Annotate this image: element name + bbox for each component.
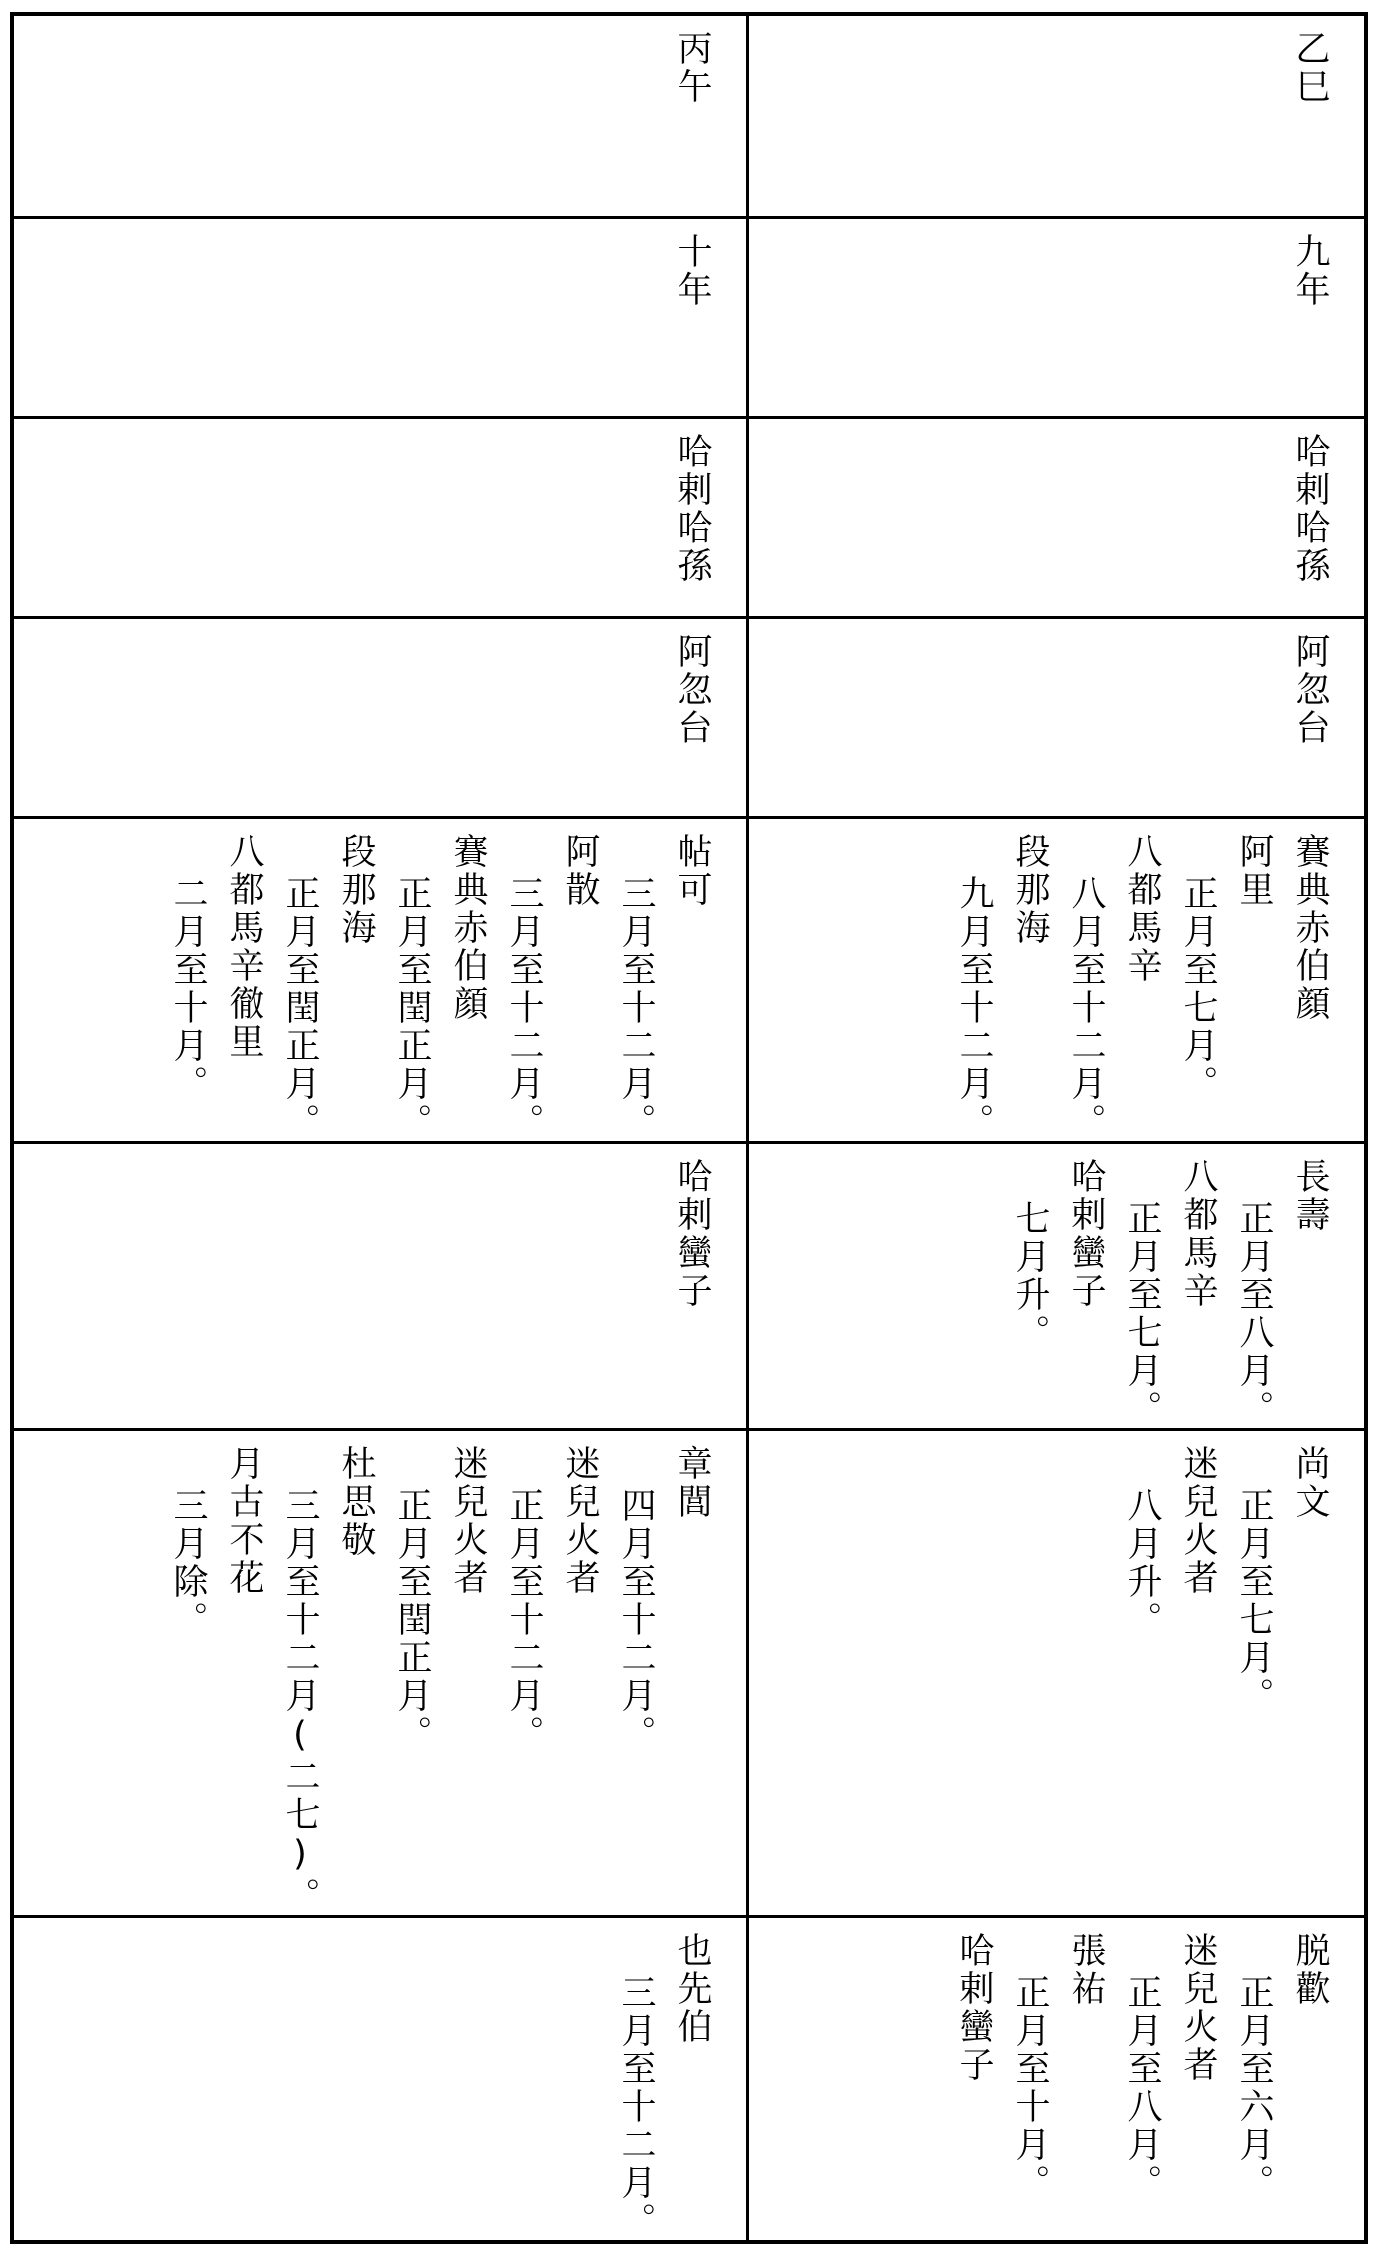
table-cell-left-row-2: 十年 (14, 216, 749, 416)
entry-term: 正月至七月。 (1226, 1445, 1282, 1715)
table-cell-right-row-6: 長壽正月至八月。八都馬辛正月至七月。哈剌蠻子七月升。 (749, 1141, 1364, 1428)
table-cell-right-row-5: 賽典赤伯顔阿里正月至七月。八都馬辛八月至十二月。段那海九月至十二月。 (749, 816, 1364, 1141)
entry-term: 二月至十月。 (160, 833, 216, 1103)
entry-term: 三月至十二月。 (496, 833, 552, 1141)
cell-heading: 阿忽台 (1282, 633, 1338, 747)
entry-name: 迷兒火者 (440, 1445, 496, 1597)
cell-heading: 脱歡 (1282, 1932, 1338, 2008)
table-cell-left-row-8: 也先伯三月至十二月。 (14, 1915, 749, 2240)
entry-name: 賽典赤伯顔 (440, 833, 496, 1023)
entry-term: 九月至十二月。 (946, 833, 1002, 1141)
records-table: 丙午乙巳十年九年哈剌哈孫哈剌哈孫阿忽台阿忽台帖可三月至十二月。阿散三月至十二月。… (10, 12, 1368, 2244)
entry-name: 張祐 (1058, 1932, 1114, 2008)
entry-name: 哈剌蠻子 (1058, 1158, 1114, 1310)
cell-heading: 丙午 (664, 30, 720, 106)
entry-name: 八都馬辛 (1114, 833, 1170, 985)
cell-heading: 阿忽台 (664, 633, 720, 747)
entry-name: 阿里 (1226, 833, 1282, 909)
entry-name: 迷兒火者 (1170, 1932, 1226, 2084)
entry-term: 正月至八月。 (1114, 1932, 1170, 2202)
cell-heading: 哈剌蠻子 (664, 1158, 720, 1310)
table-cell-right-row-7: 尚文正月至七月。迷兒火者八月升。 (749, 1428, 1364, 1915)
cell-heading: 尚文 (1282, 1445, 1338, 1521)
table-cell-left-row-6: 哈剌蠻子 (14, 1141, 749, 1428)
entry-term: 正月至六月。 (1226, 1932, 1282, 2202)
entry-term: 三月至十二月。 (608, 833, 664, 1141)
entry-term: 三月至十二月。 (608, 1932, 664, 2240)
cell-heading: 長壽 (1282, 1158, 1338, 1234)
cell-heading: 哈剌哈孫 (1282, 433, 1338, 585)
entry-name: 段那海 (328, 833, 384, 947)
table-cell-right-row-1: 乙巳 (749, 16, 1364, 216)
entry-name: 八都馬辛 (1170, 1158, 1226, 1310)
cell-heading: 也先伯 (664, 1932, 720, 2046)
cell-heading: 哈剌哈孫 (664, 433, 720, 585)
entry-name: 阿散 (552, 833, 608, 909)
entry-term: 正月至七月。 (1170, 833, 1226, 1103)
table-cell-left-row-3: 哈剌哈孫 (14, 416, 749, 616)
table-cell-left-row-4: 阿忽台 (14, 616, 749, 816)
entry-term: 八月至十二月。 (1058, 833, 1114, 1141)
cell-heading: 乙巳 (1282, 30, 1338, 106)
entry-name: 杜思敬 (328, 1445, 384, 1559)
table-cell-right-row-3: 哈剌哈孫 (749, 416, 1364, 616)
entry-term: 正月至閏正月。 (384, 1445, 440, 1753)
entry-term: 正月至閏正月。 (384, 833, 440, 1141)
table-cell-right-row-2: 九年 (749, 216, 1364, 416)
entry-term: 正月至八月。 (1226, 1158, 1282, 1428)
entry-name: 八都馬辛徹里 (216, 833, 272, 1061)
entry-term: 正月至閏正月。 (272, 833, 328, 1141)
table-cell-right-row-4: 阿忽台 (749, 616, 1364, 816)
entry-term: 三月至十二月(二七)。 (272, 1445, 328, 1915)
table-cell-left-row-5: 帖可三月至十二月。阿散三月至十二月。賽典赤伯顔正月至閏正月。段那海正月至閏正月。… (14, 816, 749, 1141)
entry-term: 正月至十二月。 (496, 1445, 552, 1753)
cell-heading: 帖可 (664, 833, 720, 909)
cell-heading: 十年 (664, 233, 720, 309)
entry-name: 月古不花 (216, 1445, 272, 1597)
entry-term: 七月升。 (1002, 1158, 1058, 1352)
entry-term: 三月除。 (160, 1445, 216, 1639)
entry-term: 八月升。 (1114, 1445, 1170, 1639)
table-cell-left-row-7: 章閭四月至十二月。迷兒火者正月至十二月。迷兒火者正月至閏正月。杜思敬三月至十二月… (14, 1428, 749, 1915)
entry-name: 哈剌蠻子 (946, 1932, 1002, 2084)
entry-term: 正月至十月。 (1002, 1932, 1058, 2202)
entry-term: 四月至十二月。 (608, 1445, 664, 1753)
entry-term: 正月至七月。 (1114, 1158, 1170, 1428)
cell-heading: 九年 (1282, 233, 1338, 309)
cell-heading: 章閭 (664, 1445, 720, 1521)
cell-heading: 賽典赤伯顔 (1282, 833, 1338, 1023)
table-cell-right-row-8: 脱歡正月至六月。迷兒火者正月至八月。張祐正月至十月。哈剌蠻子 (749, 1915, 1364, 2240)
entry-name: 迷兒火者 (552, 1445, 608, 1597)
table-cell-left-row-1: 丙午 (14, 16, 749, 216)
entry-name: 迷兒火者 (1170, 1445, 1226, 1597)
entry-name: 段那海 (1002, 833, 1058, 947)
